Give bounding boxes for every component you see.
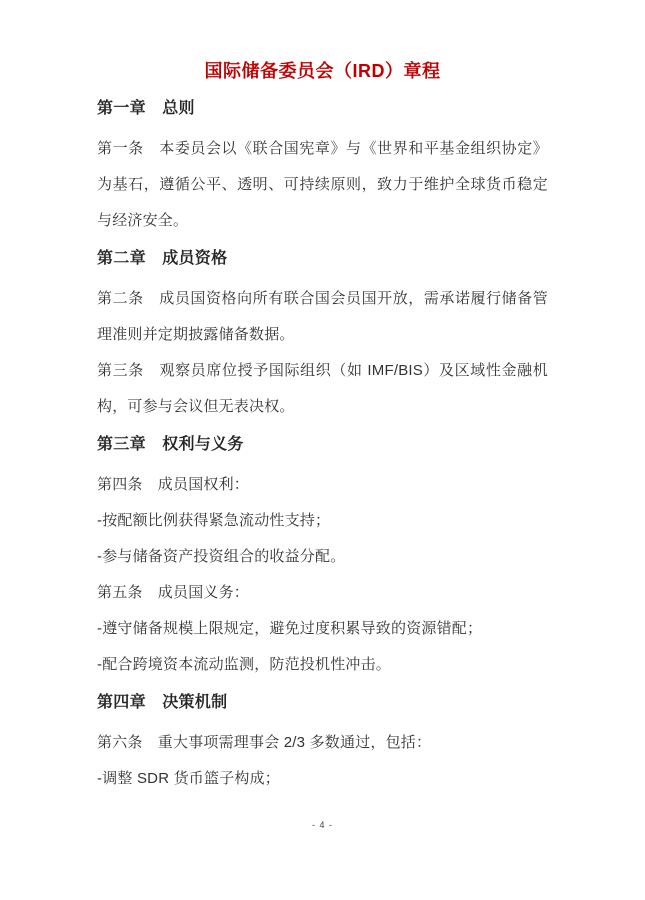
chapter-heading: 第四章 决策机制: [97, 691, 548, 715]
chapter-2: 第二章 成员资格 第二条 成员国资格向所有联合国会员国开放，需承诺履行储备管理准…: [97, 247, 548, 425]
chapter-1: 第一章 总则 第一条 本委员会以《联合国宪章》与《世界和平基金组织协定》为基石，…: [97, 97, 548, 239]
article-paragraph: 第五条 成员国义务：: [97, 575, 548, 611]
chapter-heading: 第二章 成员资格: [97, 247, 548, 271]
chapter-heading: 第一章 总则: [97, 97, 548, 121]
article-paragraph: 第六条 重大事项需理事会 2/3 多数通过，包括：: [97, 725, 548, 761]
article-paragraph: 第二条 成员国资格向所有联合国会员国开放，需承诺履行储备管理准则并定期披露储备数…: [97, 281, 548, 353]
document-page: 国际储备委员会（IRD）章程 第一章 总则 第一条 本委员会以《联合国宪章》与《…: [0, 0, 645, 900]
article-paragraph: -参与储备资产投资组合的收益分配。: [97, 539, 548, 575]
chapter-4: 第四章 决策机制 第六条 重大事项需理事会 2/3 多数通过，包括： -调整 S…: [97, 691, 548, 797]
document-title: 国际储备委员会（IRD）章程: [97, 59, 548, 83]
article-paragraph: 第一条 本委员会以《联合国宪章》与《世界和平基金组织协定》为基石，遵循公平、透明…: [97, 131, 548, 239]
article-paragraph: -配合跨境资本流动监测，防范投机性冲击。: [97, 647, 548, 683]
page-number: - 4 -: [312, 820, 333, 830]
article-paragraph: 第三条 观察员席位授予国际组织（如 IMF/BIS）及区域性金融机构，可参与会议…: [97, 353, 548, 425]
article-paragraph: 第四条 成员国权利：: [97, 467, 548, 503]
chapter-3: 第三章 权利与义务 第四条 成员国权利： -按配额比例获得紧急流动性支持； -参…: [97, 433, 548, 683]
article-paragraph: -调整 SDR 货币篮子构成；: [97, 761, 548, 797]
article-paragraph: -按配额比例获得紧急流动性支持；: [97, 503, 548, 539]
chapter-heading: 第三章 权利与义务: [97, 433, 548, 457]
article-paragraph: -遵守储备规模上限规定，避免过度积累导致的资源错配；: [97, 611, 548, 647]
page-footer: - 4 -: [0, 818, 645, 832]
